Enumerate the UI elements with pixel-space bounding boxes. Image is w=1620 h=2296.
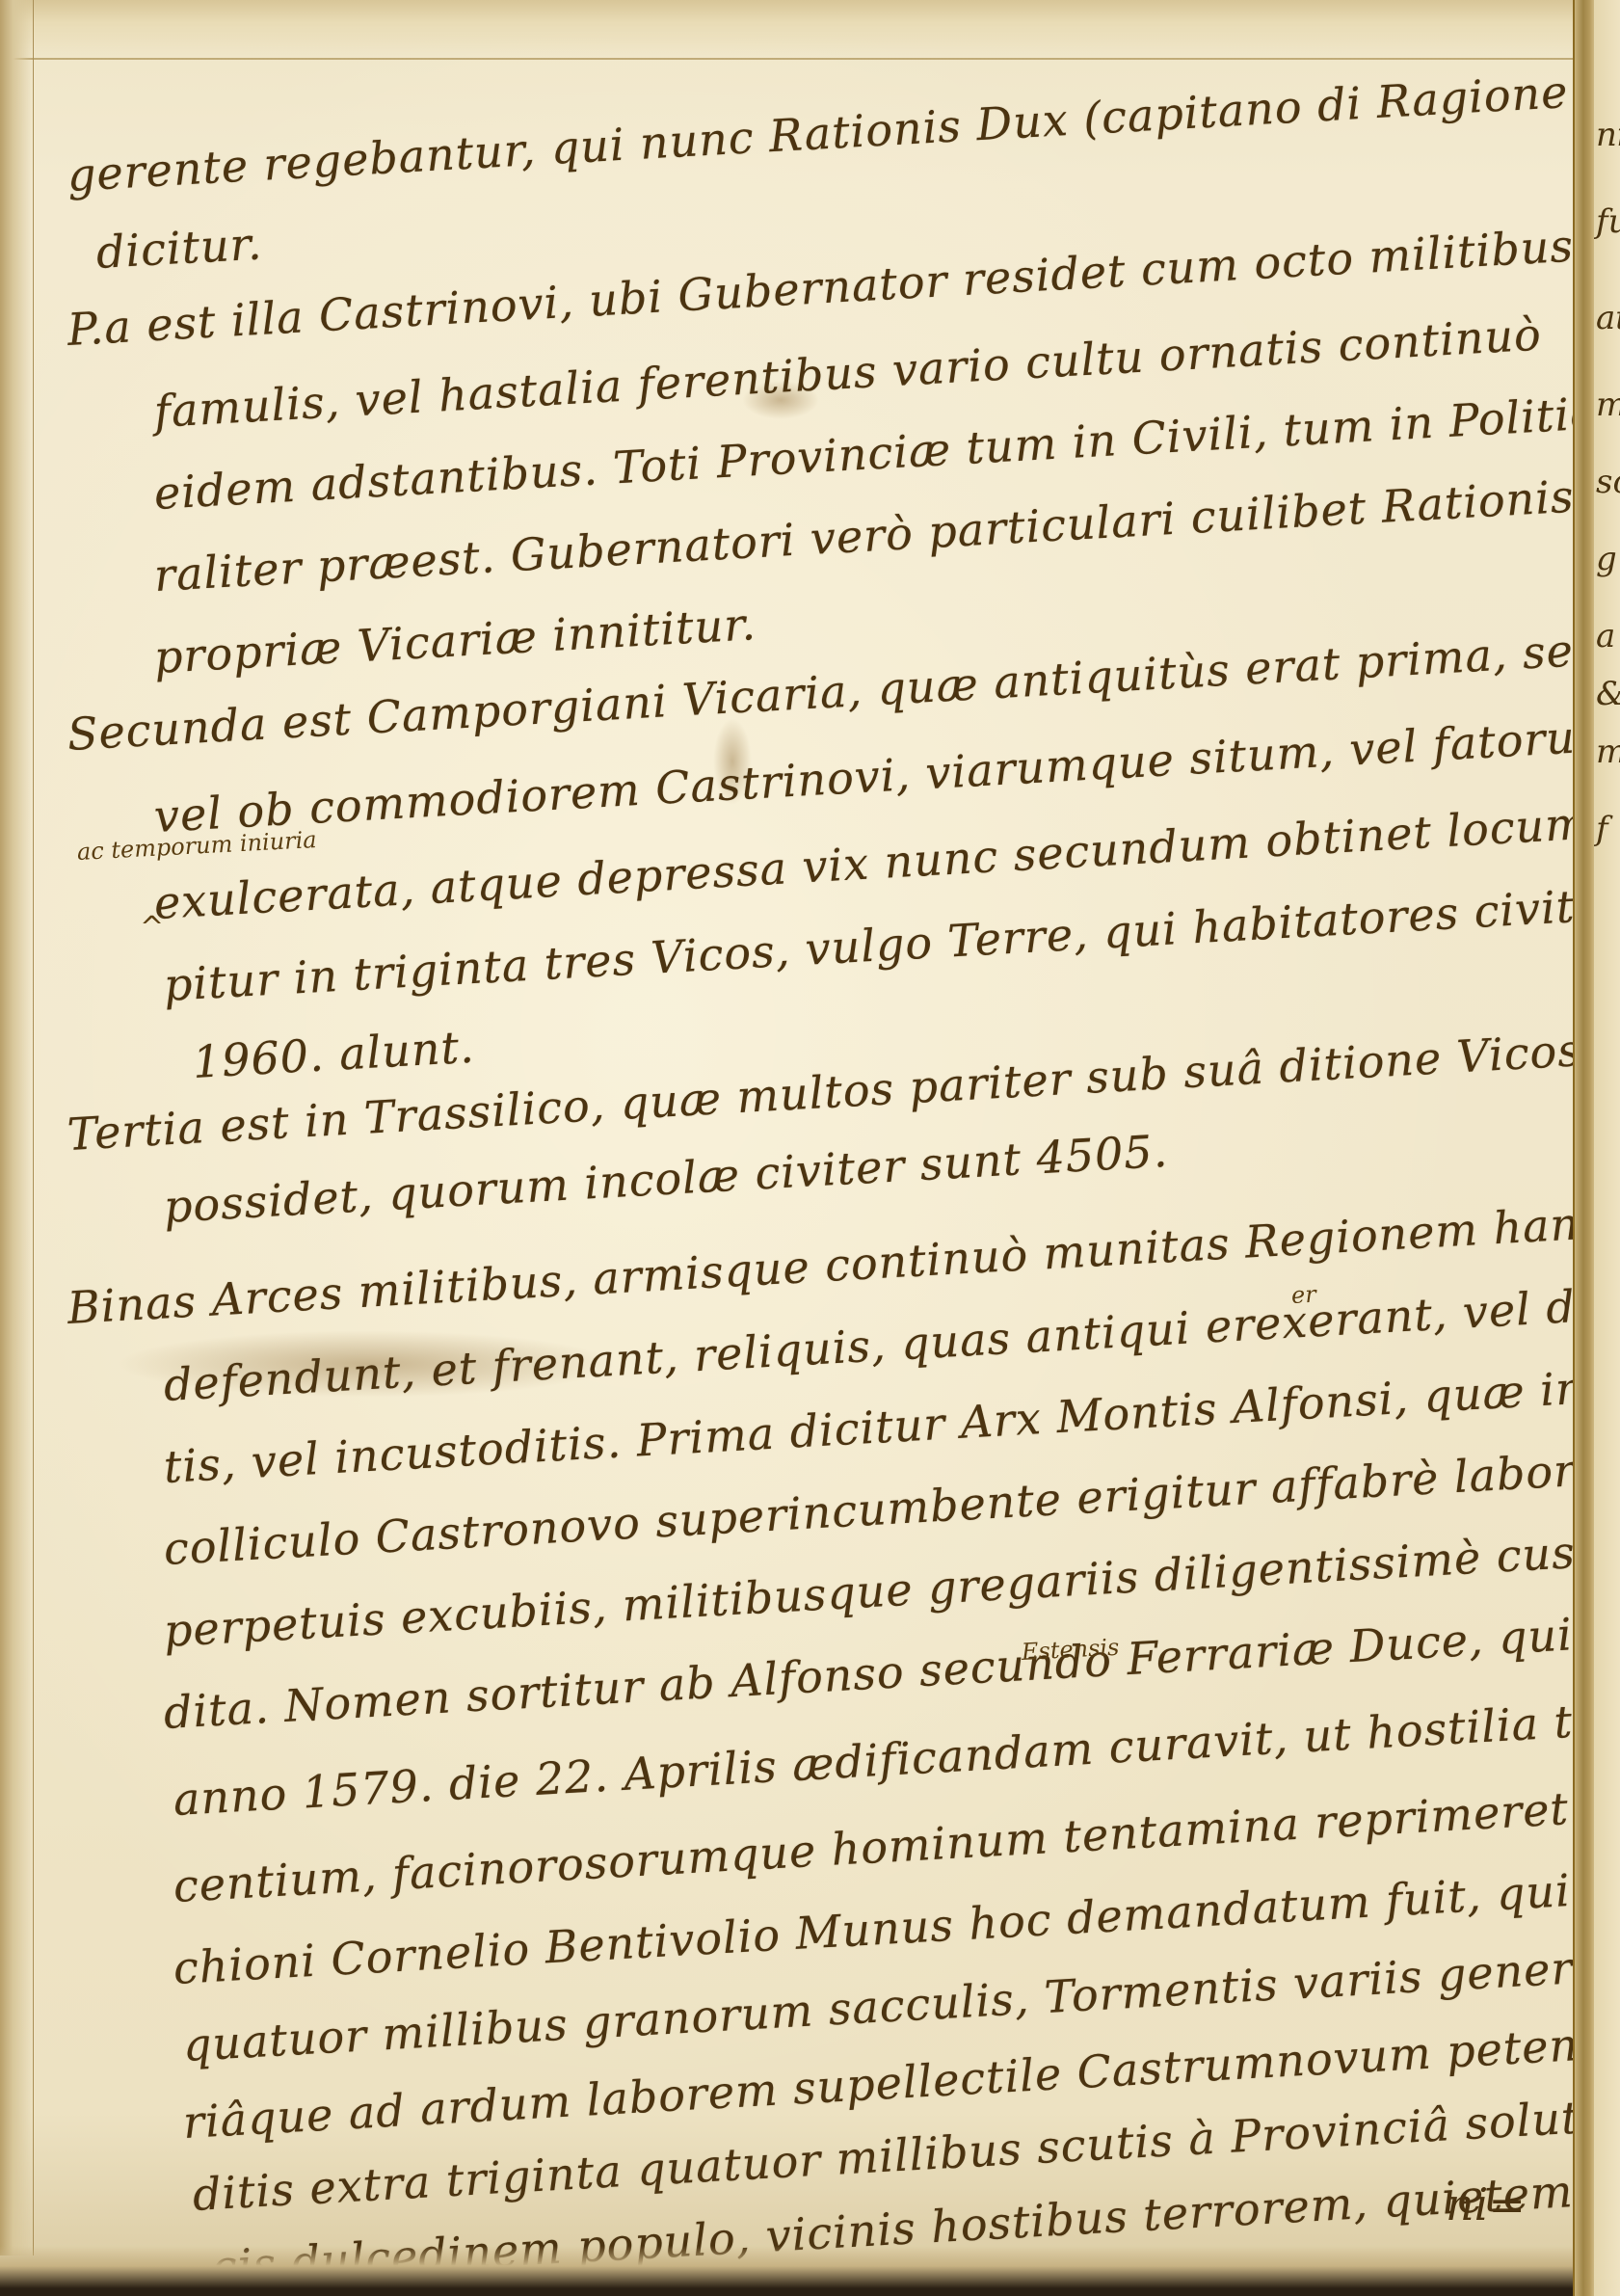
page-edge-top [0, 0, 1620, 60]
catchword: ni= [1446, 2178, 1526, 2230]
adjacent-fragment: & [1596, 675, 1620, 713]
text-line-2: dicitur. [94, 217, 263, 279]
insertion-caret: ^ [140, 911, 164, 945]
adjacent-fragment: sc [1596, 463, 1620, 501]
binding-gutter [1573, 0, 1596, 2296]
interlinear-correction: er [1290, 1281, 1316, 1309]
adjacent-fragment: g [1596, 540, 1617, 578]
adjacent-fragment: m [1596, 733, 1620, 771]
interlinear-insertion: Estensis [1021, 1634, 1120, 1666]
page-edge-bottom [0, 2246, 1620, 2296]
page-edge-left [0, 0, 34, 2256]
manuscript-page: gerente regebantur, qui nunc Rationis Du… [0, 0, 1620, 2296]
interlinear-insertion: ac temporum iniuria [76, 826, 317, 866]
adjacent-page-edge: ni fu at m sc g a & m f [1594, 0, 1620, 2296]
adjacent-fragment: m [1596, 386, 1620, 424]
adjacent-fragment: ni [1596, 116, 1620, 154]
text-line-7: propriæ Vicariæ innititur. [152, 598, 757, 683]
adjacent-fragment: f [1596, 810, 1608, 848]
adjacent-fragment: fu [1596, 202, 1620, 241]
adjacent-fragment: at [1596, 299, 1620, 337]
adjacent-fragment: a [1596, 617, 1615, 655]
text-line-12: 1960. alunt. [191, 1021, 475, 1088]
text-line-1: gerente regebantur, qui nunc Rationis Du… [66, 66, 1569, 201]
